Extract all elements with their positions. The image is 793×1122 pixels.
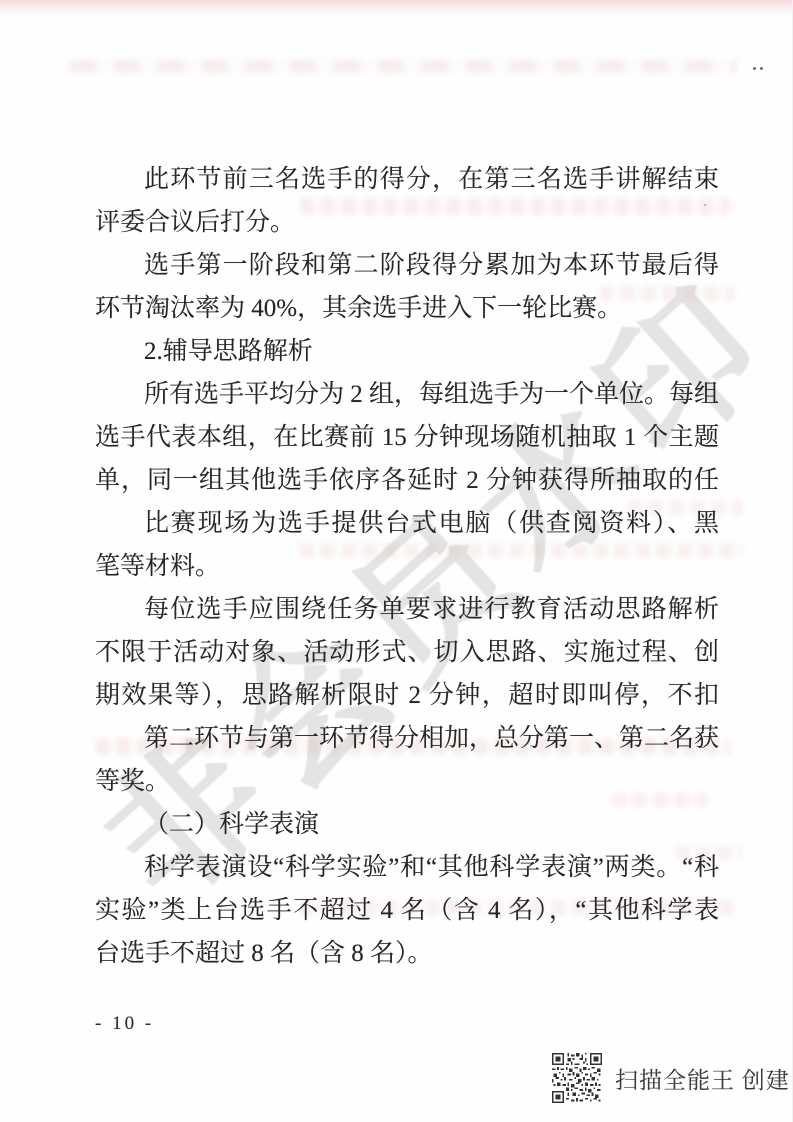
text-line: 期效果等），思路解析限时 2 分钟，超时即叫停，不扣分。	[95, 674, 719, 717]
text-line: 每位选手应围绕任务单要求进行教育活动思路解析（包含但	[95, 588, 719, 631]
scanned-document-page: 非会员水印 此环节前三名选手的得分，在第三名选手讲解结束后，由 评委合议后打分。…	[0, 0, 793, 1122]
text-line: 台选手不超过 8 名（含 8 名）。	[95, 932, 719, 975]
text-line: 选手代表本组，在比赛前 15 分钟现场随机抽取 1 个主题任务	[95, 416, 719, 459]
text-line: 等奖。	[95, 760, 719, 803]
text-line: 环节淘汰率为 40%，其余选手进入下一轮比赛。	[95, 287, 719, 330]
text-line: 评委合议后打分。	[95, 201, 719, 244]
text-line: 单，同一组其他选手依序各延时 2 分钟获得所抽取的任务单。	[95, 459, 719, 502]
scan-artifact-dot	[760, 67, 763, 70]
text-line: 笔等材料。	[95, 545, 719, 588]
page-number: - 10 -	[95, 1013, 154, 1035]
text-line: 第二环节与第一环节得分相加，总分第一、第二名获得一	[95, 717, 719, 760]
text-line: 所有选手平均分为 2 组，每组选手为一个单位。每组 1 号	[95, 373, 719, 416]
scan-artifact-dot	[753, 67, 756, 70]
text-line-heading: （二）科学表演	[95, 803, 719, 846]
scan-artifact-top-band	[0, 0, 792, 18]
scan-artifact-streak	[70, 60, 737, 73]
text-line: 科学表演设“科学实验”和“其他科学表演”两类。“科学	[95, 846, 719, 889]
text-line-heading: 2.辅导思路解析	[95, 330, 719, 373]
text-line: 比赛现场为选手提供台式电脑（供查阅资料）、黑板、A4 纸、	[95, 502, 719, 545]
document-body: 此环节前三名选手的得分，在第三名选手讲解结束后，由 评委合议后打分。 选手第一阶…	[95, 158, 719, 975]
scanner-credit-label: 扫描全能王 创建	[615, 1062, 790, 1095]
text-line: 不限于活动对象、活动形式、切入思路、实施过程、创新点及预	[95, 631, 719, 674]
scanner-credit: 扫描全能王 创建	[552, 1053, 790, 1103]
qr-code-icon	[552, 1053, 602, 1103]
text-line: 此环节前三名选手的得分，在第三名选手讲解结束后，由	[95, 158, 719, 201]
text-line: 实验”类上台选手不超过 4 名（含 4 名），“其他科学表演”类上	[95, 889, 719, 932]
text-line: 选手第一阶段和第二阶段得分累加为本环节最后得分。此	[95, 244, 719, 287]
